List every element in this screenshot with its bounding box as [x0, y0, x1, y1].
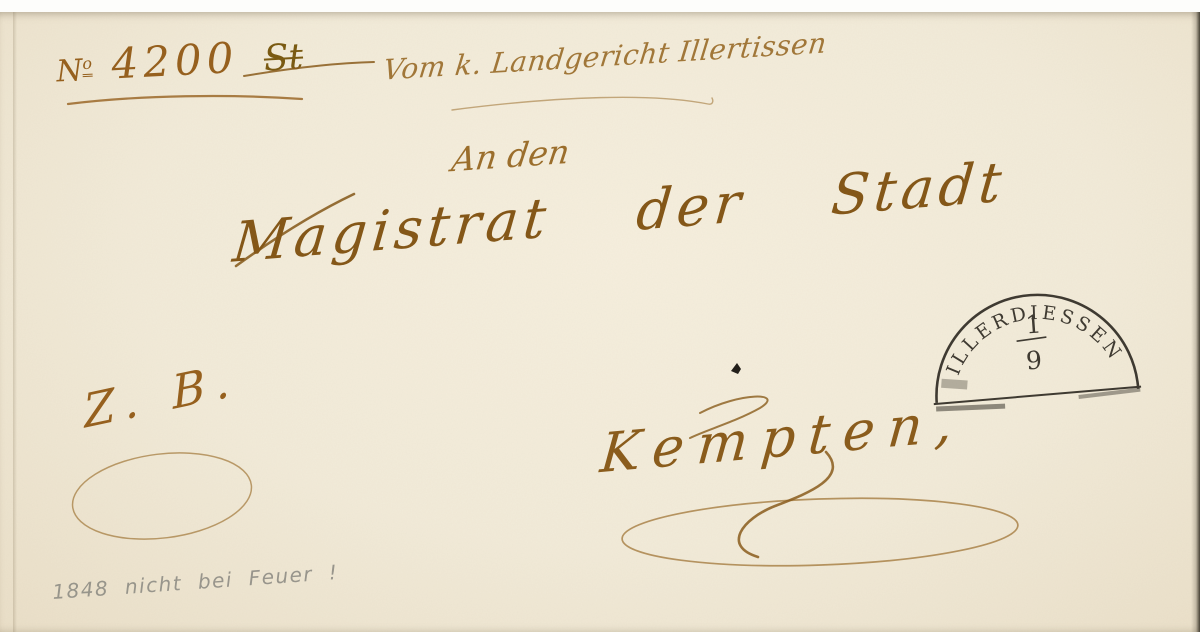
postmark-smudge-left	[936, 404, 1005, 411]
cover-photo: No 4200 St Vom k. Landgericht Illertisse…	[0, 0, 1200, 632]
postmark-ink-smear	[941, 379, 968, 390]
registry-prefix: N	[56, 53, 84, 89]
registry-number: 4200	[110, 33, 239, 89]
postmark-month: 9	[1025, 345, 1043, 375]
paper-fold-crease	[13, 12, 17, 632]
postmark-day: 1	[1024, 309, 1042, 339]
paper-right-edge	[1191, 12, 1200, 632]
postmark-stamp: ILLERDIESSEN 1 9	[921, 249, 1145, 416]
registry-ordinal: o	[82, 54, 93, 77]
struck-annotation: St	[263, 37, 304, 80]
